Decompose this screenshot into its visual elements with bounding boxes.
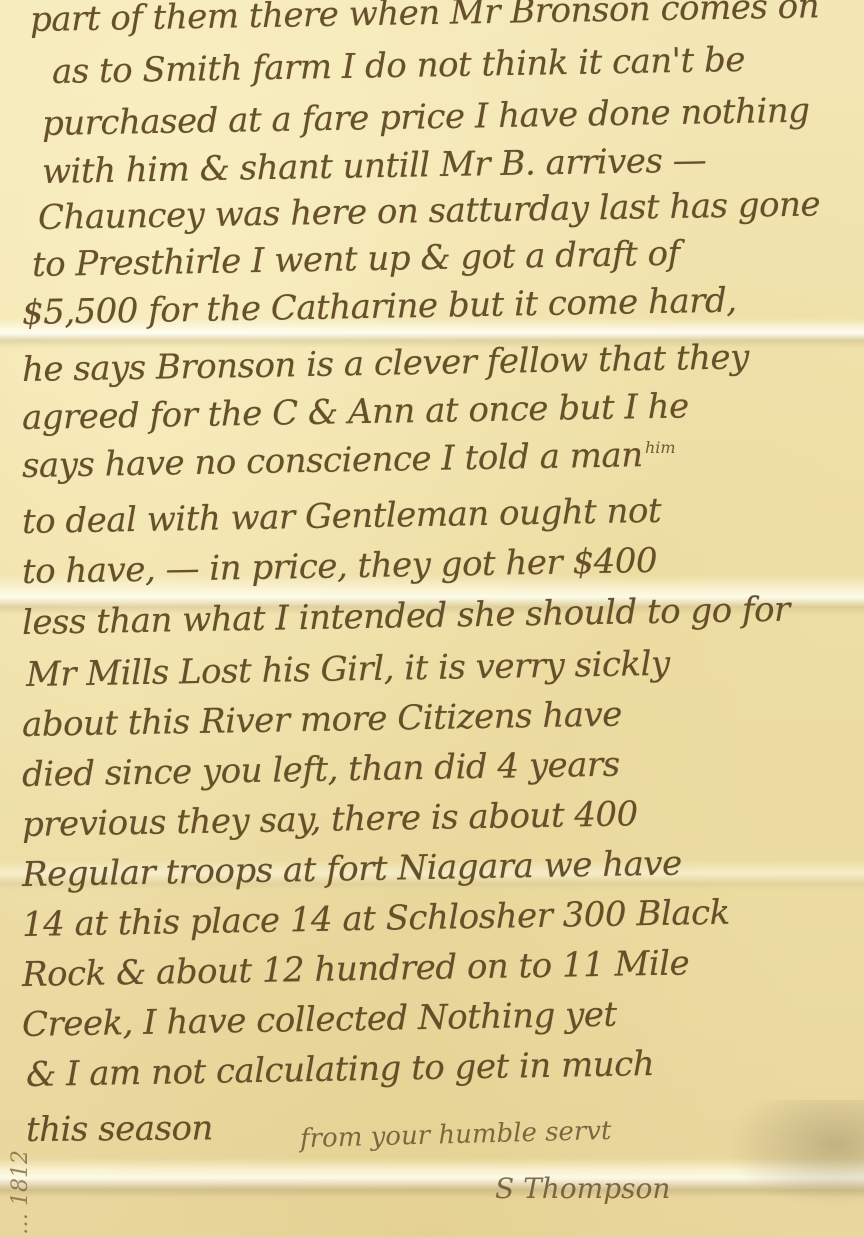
letter-line: he says Bronson is a clever fellow that …	[22, 337, 749, 390]
letter-closing: from your humble servt	[300, 1116, 612, 1154]
letter-line: to have, — in price, they got her $400	[22, 541, 658, 592]
letter-line: previous they say, there is about 400	[22, 794, 638, 845]
letter-line: agreed for the C & Ann at once but I he	[22, 386, 689, 438]
letter-line: 14 at this place 14 at Schlosher 300 Bla…	[22, 893, 730, 945]
letter-line: to deal with war Gentleman ought not	[22, 491, 662, 542]
letter-line: purchased at a fare price I have done no…	[42, 91, 810, 144]
letter-line: this season	[26, 1108, 213, 1150]
letter-line: $5,500 for the Catharine but it come har…	[22, 281, 737, 333]
letter-line: & I am not calculating to get in much	[26, 1044, 655, 1095]
letter-line: to Presthirle I went up & got a draft of	[32, 234, 680, 285]
letter-line: says have no conscience I told a man	[22, 435, 643, 486]
letter-line: Rock & about 12 hundred on to 11 Mile	[22, 943, 690, 995]
letter-line: part of them there when Mr Bronson comes…	[30, 0, 820, 40]
letter-line: Chauncey was here on satturday last has …	[38, 184, 821, 238]
signature: S Thompson	[495, 1172, 670, 1205]
letter-line: with him & shant untill Mr B. arrives —	[42, 140, 707, 192]
letter-line: Creek, I have collected Nothing yet	[22, 995, 617, 1045]
docket-note: … 1812	[8, 1150, 33, 1235]
letter-body: part of them there when Mr Bronson comes…	[0, 0, 864, 1237]
letter-line: as to Smith farm I do not think it can't…	[52, 40, 746, 92]
letter-line: less than what I intended she should to …	[22, 590, 790, 643]
letter-line: died since you left, than did 4 years	[22, 745, 620, 795]
letter-line: about this River more Citizens have	[22, 695, 623, 745]
letter-line: Regular troops at fort Niagara we have	[22, 843, 682, 895]
interlinear-insert: him	[645, 438, 676, 457]
letter-line: Mr Mills Lost his Girl, it is verry sick…	[26, 644, 670, 695]
